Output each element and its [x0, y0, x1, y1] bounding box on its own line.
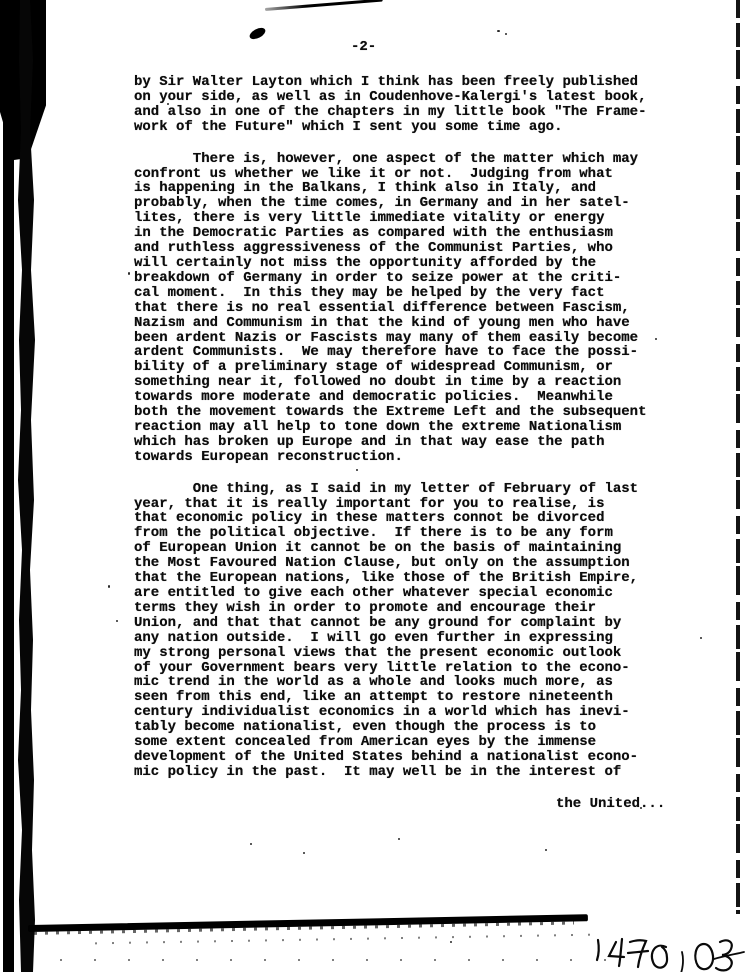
scan-speck — [450, 941, 452, 943]
page-number: -2- — [351, 40, 376, 55]
catchword: the United... — [556, 797, 665, 812]
scan-speck — [108, 585, 110, 588]
scan-speck — [505, 33, 507, 35]
scan-speck — [303, 852, 305, 854]
ink-blot — [248, 26, 267, 42]
paragraph: There is, however, one aspect of the mat… — [134, 152, 646, 465]
scan-speck — [497, 30, 500, 32]
scan-speck — [545, 849, 547, 851]
bottom-page-edge-line — [28, 914, 588, 932]
right-page-edge-line — [736, 0, 740, 914]
scan-speck — [398, 838, 400, 840]
paragraph: One thing, as I said in my letter of Feb… — [134, 482, 646, 780]
letter-body: by Sir Walter Layton which I think has b… — [134, 75, 646, 797]
paragraph: by Sir Walter Layton which I think has b… — [134, 75, 646, 135]
bottom-edge-noise — [95, 934, 595, 945]
left-page-edge-strip — [18, 0, 35, 972]
handwriting-strokes — [586, 914, 750, 972]
scan-speck — [655, 338, 657, 340]
scan-streak-mark — [265, 0, 383, 11]
scan-speck — [128, 272, 130, 275]
scan-speck — [116, 620, 118, 622]
bottom-speck-row — [60, 959, 630, 961]
handwritten-archive-mark: 470 03 — [586, 914, 750, 972]
left-scan-edge-artifact — [0, 0, 46, 972]
scanned-letter-page: -2- by Sir Walter Layton which I think h… — [0, 0, 750, 972]
scan-speck — [250, 843, 252, 845]
scan-speck — [700, 637, 702, 639]
